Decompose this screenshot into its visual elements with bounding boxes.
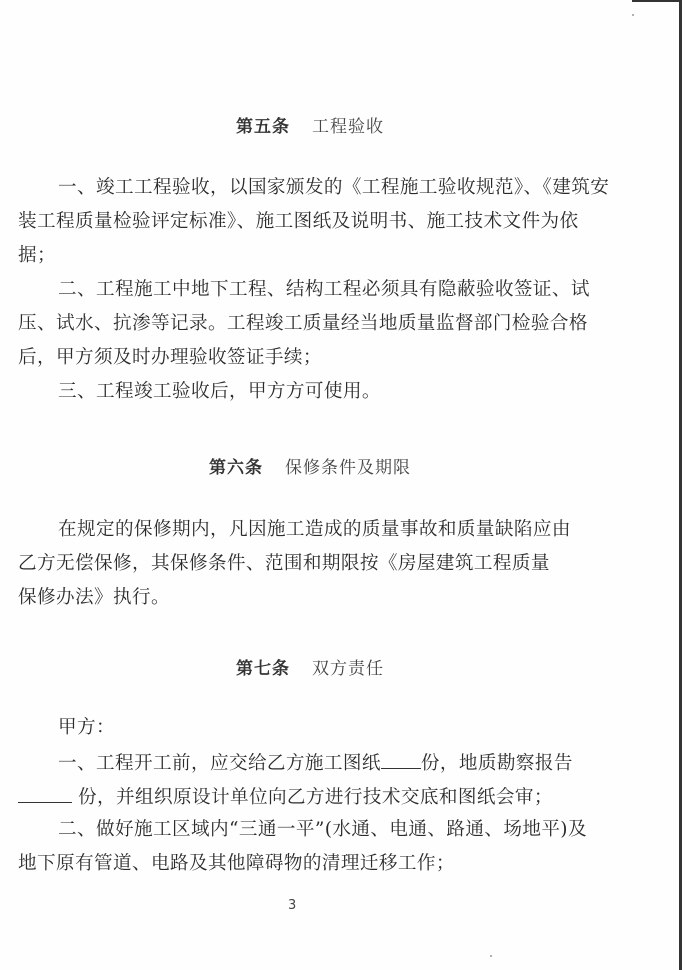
paragraph-line: 据； — [18, 244, 582, 268]
article-6-number: 第六条 — [209, 458, 263, 478]
scan-border-right — [679, 0, 682, 970]
article-5-number: 第五条 — [236, 117, 290, 137]
paragraph-line: 在规定的保修期内，凡因施工造成的质量事故和质量缺陷应由 — [58, 518, 622, 542]
article-5-title: 工程验收 — [312, 117, 384, 137]
item-1-text-b: 份，地质勘察报告 — [421, 753, 573, 774]
scan-speck — [632, 14, 634, 16]
blank-field-drawings-count — [381, 750, 421, 769]
article-6-heading: 第六条保修条件及期限 — [0, 453, 620, 478]
article-7-number: 第七条 — [236, 659, 290, 679]
page-number: 3 — [288, 898, 296, 913]
party-label: 甲方： — [58, 716, 622, 740]
paragraph-line: 一、竣工工程验收，以国家颁发的《工程施工验收规范》、《建筑安 — [58, 176, 622, 200]
paragraph-line: 三、工程竣工验收后，甲方方可使用。 — [58, 380, 622, 404]
article-7-heading: 第七条双方责任 — [0, 654, 620, 679]
article-5-heading: 第五条工程验收 — [0, 112, 620, 137]
paragraph-line: 二、工程施工中地下工程、结构工程必须具有隐蔽验收签证、试 — [58, 278, 622, 302]
document-page: 第五条工程验收 一、竣工工程验收，以国家颁发的《工程施工验收规范》、《建筑安 装… — [0, 0, 686, 970]
scan-speck — [490, 955, 492, 957]
paragraph-line: 装工程质量检验评定标准》、施工图纸及说明书、施工技术文件为依 — [18, 210, 582, 234]
item-1-text-c: 份，并组织原设计单位向乙方进行技术交底和图纸会审； — [78, 787, 553, 808]
paragraph-line: 乙方无偿保修，其保修条件、范围和期限按《房屋建筑工程质量 — [18, 552, 582, 576]
paragraph-line: 地下原有管道、电路及其他障碍物的清理迁移工作； — [18, 852, 582, 876]
paragraph-line: 后，甲方须及时办理验收签证手续； — [18, 346, 582, 370]
paragraph-line: 保修办法》执行。 — [18, 586, 582, 610]
paragraph-line: 压、试水、抗渗等记录。工程竣工质量经当地质量监督部门检验合格 — [18, 312, 582, 336]
paragraph-line: 份，并组织原设计单位向乙方进行技术交底和图纸会审； — [18, 784, 582, 810]
item-1-text-a: 一、工程开工前，应交给乙方施工图纸 — [58, 753, 381, 774]
blank-field-survey-count — [18, 784, 72, 803]
paragraph-line: 一、工程开工前，应交给乙方施工图纸份，地质勘察报告 — [58, 750, 622, 776]
article-6-title: 保修条件及期限 — [285, 458, 411, 478]
scan-border-top — [632, 0, 682, 2]
article-7-title: 双方责任 — [312, 659, 384, 679]
paragraph-line: 二、做好施工区域内“三通一平”(水通、电通、路通、场地平)及 — [58, 818, 622, 842]
